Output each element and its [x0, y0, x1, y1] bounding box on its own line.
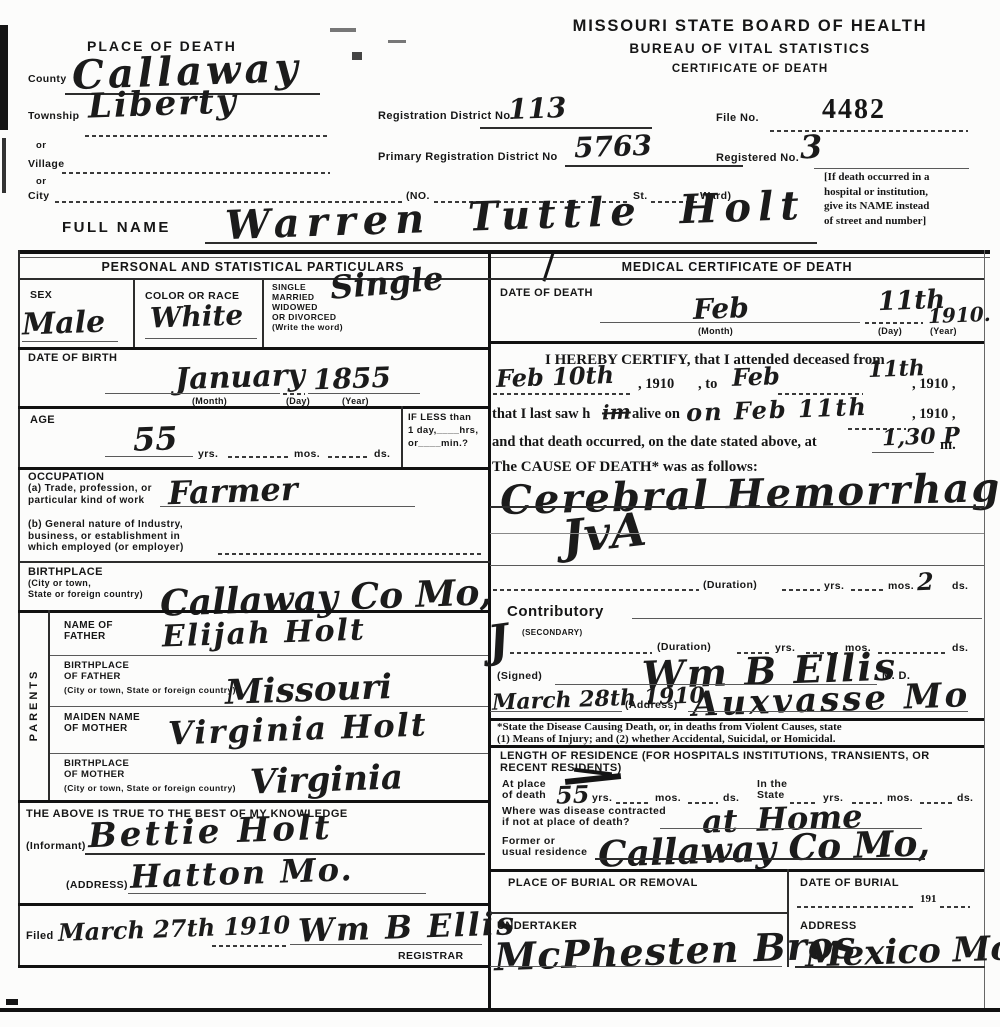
undertaker-label: UNDERTAKER [497, 920, 577, 932]
full-name-line [205, 242, 817, 244]
full-name-value: Warren Tuttle Holt [224, 182, 806, 249]
registered-no-value: 3 [799, 128, 823, 167]
township-line [85, 135, 330, 137]
or-label-2: or [36, 176, 46, 188]
informant-value: Bettie Holt [87, 808, 333, 857]
certificate-title: CERTIFICATE OF DEATH [555, 63, 945, 75]
age-value: 55 [132, 419, 178, 459]
certify-to-label: , to [698, 376, 717, 393]
duration1-mos-value: 2 [916, 567, 934, 597]
village-label: Village [28, 158, 64, 170]
dob-month-value: January [174, 358, 305, 398]
contributory-label: Contributory [507, 606, 604, 618]
certify-year-b: , 1910 , [912, 376, 956, 393]
header-divider [18, 250, 990, 254]
occupation-b-line [218, 553, 482, 555]
occupation-label: OCCUPATION [28, 471, 104, 483]
residence-at-place-label: At place of death [502, 779, 546, 800]
date-of-death-label: DATE OF DEATH [500, 287, 593, 299]
duration2-lead-line [510, 652, 652, 654]
age-ds-line [328, 456, 370, 458]
burial-date-year-line [940, 906, 970, 908]
filed-line [212, 945, 287, 947]
informant-label: (Informant) [26, 840, 86, 852]
dob-bottom-line [18, 406, 490, 409]
left-column-bottom-line [18, 965, 490, 968]
registration-district-label: Registration District No. [378, 110, 514, 122]
sex-line [22, 341, 118, 342]
age-ifless-divider [401, 406, 403, 467]
duration2-ds-label: ds. [952, 642, 968, 654]
ifless-label: IF LESS than 1 day,____hrs, or____min.? [408, 411, 478, 450]
race-value: White [149, 298, 243, 334]
certify-from-date: Feb 10th [496, 360, 615, 393]
age-yrs-line [105, 456, 193, 457]
physician-address-line [688, 711, 968, 712]
occupation-a-label: (a) Trade, profession, or particular kin… [28, 483, 152, 506]
parents-side-label: PARENTS [28, 659, 40, 751]
residence-ds2-label: ds. [957, 792, 973, 804]
death-certificate-scan: MISSOURI STATE BOARD OF HEALTH BUREAU OF… [0, 0, 1000, 1027]
residence-mos1-label: mos. [655, 792, 681, 804]
age-yrs-label: yrs. [198, 448, 218, 460]
duration1-mos-label: mos. [888, 580, 914, 592]
parents-bottom-line [18, 800, 490, 803]
burial-place-label: PLACE OF BURIAL OR REMOVAL [508, 877, 698, 889]
former-residence-label: Former or usual residence [502, 836, 587, 858]
scan-edge-mark [0, 25, 8, 130]
undertaker-address-label: ADDRESS [800, 920, 857, 932]
attestation-bottom-line [18, 903, 490, 906]
father-birthplace-sublabel: (City or town, State or foreign country) [64, 684, 236, 696]
former-residence-line [595, 858, 925, 860]
township-value: Liberty [87, 81, 238, 126]
age-label: AGE [30, 414, 55, 426]
residence-mos1-line [616, 802, 650, 804]
occupation-bottom-line [18, 561, 490, 563]
undertaker-address-value: Mexico Mo [804, 928, 1000, 975]
contributory-line [632, 618, 982, 619]
file-no-label: File No. [716, 112, 759, 124]
scan-speck [330, 28, 356, 32]
dob-year-value: 1855 [312, 361, 391, 397]
date-of-death-month: Feb [692, 291, 749, 326]
registrar-signature-line [290, 944, 482, 945]
right-border [984, 250, 985, 1010]
undertaker-line [490, 966, 782, 967]
father-name-line [50, 655, 488, 656]
certify-to-month: Feb [732, 361, 781, 392]
full-name-label: FULL NAME [62, 222, 171, 234]
board-title: MISSOURI STATE BOARD OF HEALTH [555, 20, 945, 32]
burial-date-year-prefix: 191 [920, 893, 937, 905]
dod-bottom-line [490, 341, 984, 344]
contracted-label: Where was disease contracted if not at p… [502, 806, 666, 828]
occupation-a-line [160, 506, 415, 507]
burial-date-label: DATE OF BURIAL [800, 877, 899, 889]
mother-maiden-label: MAIDEN NAME OF MOTHER [64, 712, 140, 734]
age-mos-line [228, 456, 290, 458]
dob-label: DATE OF BIRTH [28, 352, 117, 364]
age-bottom-line [18, 467, 490, 470]
residence-mos2-label: mos. [887, 792, 913, 804]
left-border [18, 250, 20, 965]
duration1-ds-label: ds. [952, 580, 968, 592]
marital-bottom-line [18, 347, 490, 350]
certify-alive-label: alive on [632, 406, 680, 423]
signed-address-label: (Address) [625, 699, 678, 711]
age-ds-label: ds. [374, 448, 390, 460]
informant-address-value: Hatton Mo. [129, 850, 354, 896]
mother-birthplace-value: Virginia [249, 757, 403, 802]
residence-bottom-line [490, 869, 984, 872]
primary-district-value: 5763 [573, 129, 652, 165]
cause-line-1 [490, 506, 984, 508]
registrar-signature: Wm B Ellis [297, 904, 516, 950]
dod-month-line [600, 322, 860, 323]
race-line [145, 338, 257, 339]
birthplace-sublabel: (City or town, State or foreign country) [28, 578, 143, 599]
certify-year-a: , 1910 [638, 376, 674, 393]
dod-day-line [865, 322, 923, 324]
registered-no-line [814, 168, 969, 169]
informant-address-label: (ADDRESS) [66, 879, 128, 891]
dob-year-line [308, 393, 420, 394]
header-divider-echo [18, 257, 990, 258]
dob-month-line [105, 393, 280, 394]
certify-m-label: m. [940, 437, 956, 454]
duration1-mos-line [851, 589, 884, 591]
certify-line2: that I last saw h [492, 406, 590, 423]
hospital-note: [If death occurred in a hospital or inst… [824, 170, 984, 228]
scan-edge-mark [2, 138, 6, 193]
burial-date-line [797, 906, 915, 908]
residence-in-state-label: In the State [757, 779, 787, 800]
occupation-b-label: (b) General nature of Industry, business… [28, 519, 184, 554]
sex-label: SEX [30, 289, 52, 301]
mother-birthplace-sublabel: (City or town, State or foreign country) [64, 782, 236, 794]
contributory-sublabel: (SECONDARY) [522, 627, 583, 639]
duration1-lead-line [493, 589, 699, 591]
father-name-label: NAME OF FATHER [64, 620, 113, 642]
filed-label: Filed [26, 930, 54, 942]
filed-date-value: March 27th 1910 [58, 910, 291, 947]
medical-title-line [490, 278, 984, 280]
primary-district-line [565, 165, 743, 167]
cause-line-3 [490, 565, 984, 566]
burial-place-bottom-line [490, 912, 787, 914]
signed-label: (Signed) [497, 670, 542, 682]
duration1-yrs-label: yrs. [824, 580, 844, 592]
county-label: County [28, 73, 67, 85]
dod-year-caption: (Year) [930, 325, 957, 337]
certify-last-seen: on Feb 11th [686, 392, 869, 427]
bottom-border [0, 1008, 1000, 1012]
township-label: Township [28, 110, 79, 122]
primary-district-label: Primary Registration District No [378, 151, 558, 163]
or-label-1: or [36, 140, 46, 152]
residence-yrs1-label: yrs. [592, 792, 612, 804]
birthplace-label: BIRTHPLACE [28, 566, 103, 578]
certify-from-line [493, 393, 633, 395]
registrar-label: REGISTRAR [398, 950, 463, 962]
village-line [62, 172, 330, 174]
age-mos-label: mos. [294, 448, 320, 460]
medical-section-title: MEDICAL CERTIFICATE OF DEATH [490, 261, 984, 273]
sex-race-divider [133, 278, 135, 347]
father-birthplace-label: BIRTHPLACE OF FATHER [64, 661, 129, 682]
registration-district-value: 113 [507, 91, 567, 126]
mother-maiden-value: Virginia Holt [167, 705, 428, 752]
father-name-value: Elijah Holt [161, 612, 366, 654]
scan-edge-mark [6, 999, 18, 1005]
certify-year-c: , 1910 , [912, 406, 956, 423]
signed-date-line [490, 711, 622, 712]
sex-value: Male [21, 305, 105, 343]
city-label: City [28, 190, 49, 202]
cause-line-2 [490, 533, 984, 534]
dod-day-caption: (Day) [878, 325, 902, 337]
cause-footnote: *State the Disease Causing Death, or, in… [497, 722, 981, 745]
bureau-title: BUREAU OF VITAL STATISTICS [555, 43, 945, 55]
certify-time-line [872, 452, 934, 453]
certify-scratched-word: im [602, 400, 632, 425]
registered-no-label: Registered No. [716, 152, 799, 164]
informant-address-line [128, 893, 426, 894]
dod-month-caption: (Month) [698, 325, 733, 337]
race-marital-divider [262, 278, 264, 347]
residence-title: LENGTH OF RESIDENCE (FOR HOSPITALS INSTI… [500, 751, 978, 774]
scan-speck [388, 40, 406, 43]
certify-line3: and that death occurred, on the date sta… [492, 434, 817, 451]
former-residence-value: Callaway Co Mo, [597, 822, 930, 876]
residence-ds2-line [920, 802, 952, 804]
file-no-value: 4482 [822, 94, 886, 126]
parents-top-line [18, 610, 490, 613]
duration1-label: (Duration) [703, 579, 757, 591]
footnote-bottom-line [490, 745, 984, 748]
scan-speck [352, 52, 362, 60]
mother-maiden-line [50, 753, 488, 754]
mother-birthplace-label: BIRTHPLACE OF MOTHER [64, 759, 129, 780]
duration1-yrs-line [782, 589, 820, 591]
undertaker-address-line [795, 966, 985, 968]
